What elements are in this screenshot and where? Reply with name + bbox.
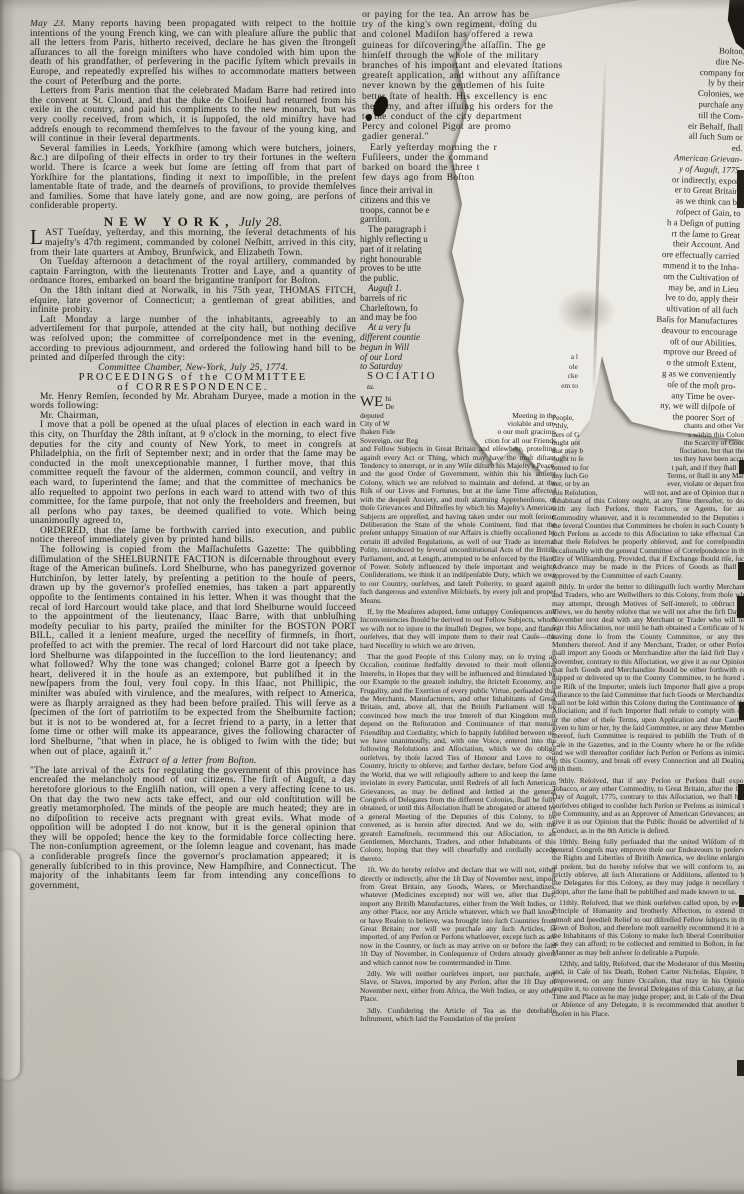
association-paragraph: 9thly. Reſolved, that if any Perſon or P… bbox=[552, 777, 744, 835]
association-paragraph: 8thly. In order the better to diſtinguiſ… bbox=[552, 583, 744, 774]
edge-mark bbox=[738, 784, 744, 800]
torn-line: 7thly,chants and other Ven- bbox=[552, 422, 744, 430]
association-paragraph: 3dly. Conſidering the Article of Tea as … bbox=[360, 1007, 556, 1024]
fragment-line: ſince their arrival in bbox=[360, 186, 510, 196]
association-paragraph: 1ſt. We do hereby reſolve and declare th… bbox=[360, 866, 556, 967]
fragment-line: guineas for diſcovering the aſſaſſin. Th… bbox=[362, 41, 618, 51]
torn-line: ner, or by anever, violate or depart fro… bbox=[552, 480, 744, 488]
torn-line: ders of Gs within this Colony bbox=[552, 431, 744, 439]
news-paragraph: I move that a poll be opened at the uſua… bbox=[30, 421, 356, 527]
news-paragraph: Letters from Paris mention that the cele… bbox=[30, 87, 356, 145]
fragment-line: to Saturday bbox=[360, 362, 510, 372]
fragment-line: ole bbox=[540, 362, 578, 372]
news-paragraph: May 23. Many reports having been propaga… bbox=[30, 20, 356, 87]
edge-mark bbox=[738, 562, 744, 580]
news-paragraph: Mr. Henry Remſen, ſeconded by Mr. Abraha… bbox=[30, 393, 356, 412]
edge-mark bbox=[737, 1060, 744, 1076]
association-paragraph: Inhabitant of this Colony ought, at any … bbox=[552, 497, 744, 580]
fragment-line: citizens and this ve bbox=[360, 196, 510, 206]
torn-line: hi bbox=[385, 395, 556, 403]
fragment-line: At a very fu bbox=[360, 323, 510, 333]
association-heading: SOCIATIO bbox=[360, 372, 556, 380]
news-paragraph: LAST Tueſday, yeſterday, and this mornin… bbox=[30, 229, 356, 258]
torn-line: ſhaken Fideo our moſt gracious bbox=[360, 428, 556, 436]
fragment-line: Percy and colonel Pigot are promo bbox=[362, 122, 618, 132]
fragment-line: Charleſtown, fo bbox=[360, 304, 510, 314]
fragment-line: a l bbox=[540, 352, 578, 362]
fragment-line: cke bbox=[540, 371, 578, 381]
fragment-line: branches of his important and elevated ſ… bbox=[362, 61, 618, 71]
fragment-line: garriſon. bbox=[360, 215, 510, 225]
fragment-line: em to bbox=[540, 381, 578, 391]
fragment-line: try of the king's own regiment, doing du bbox=[362, 20, 618, 30]
association-paragraph: If, by the Meaſures adopted, ſome unhapp… bbox=[360, 608, 556, 650]
underpage-strip: Boſton,dire Ne-company forly by theirCol… bbox=[581, 42, 744, 424]
newspaper-page-scan: May 23. Many reports having been propaga… bbox=[0, 0, 744, 1194]
torn-line: City of Wviolable and un- bbox=[360, 420, 556, 428]
edge-mark bbox=[739, 702, 744, 720]
news-paragraph: "The late arrival of the acts for regula… bbox=[30, 767, 356, 892]
fragment-line: proves to be utte bbox=[360, 264, 510, 274]
news-paragraph: The following is copied from the Maſſach… bbox=[30, 546, 356, 757]
edge-mark bbox=[739, 460, 744, 474]
fragment-line: of our Lord bbox=[360, 353, 510, 363]
fragment-line: highly reflecting u bbox=[360, 235, 510, 245]
fragment-line: right honourable bbox=[360, 255, 510, 265]
fragment-line: better ſtate of health. His excellency i… bbox=[362, 92, 618, 102]
edge-mark bbox=[737, 170, 744, 208]
news-paragraph: On Tueſday afternoon a detachment of the… bbox=[30, 258, 356, 287]
torn-line: deputedMeeting in the bbox=[360, 412, 556, 420]
fragment-line: barked on board the three t bbox=[362, 163, 618, 173]
right-column: People, 7thly,chants and other Ven-ders … bbox=[552, 414, 744, 1156]
torn-line: that may bſſociation, but that they bbox=[552, 447, 744, 455]
news-paragraph: On the 18th inſtant died at Norwalk, in … bbox=[30, 287, 356, 316]
edge-mark bbox=[737, 596, 744, 618]
torn-line: tomed to fort paſt, and if they ſhall ſe… bbox=[552, 464, 744, 472]
dateline-city: NEW YORK, bbox=[104, 214, 235, 229]
torn-line: ought notthe Scarcity of Goods bbox=[552, 439, 744, 447]
fragment-line: Auguſt 1. bbox=[360, 284, 510, 294]
association-paragraph: 11thly. Reſolved, that we think ourſelve… bbox=[552, 899, 744, 957]
fragment-line: Early yeſterday morning the r bbox=[362, 143, 618, 153]
association-paragraph: 12thly, and laſtly, Reſolved, that the M… bbox=[552, 960, 744, 1018]
fragment-line: to the conduct of the city department bbox=[362, 112, 618, 122]
fragment-line: himſelf through the whole of the militar… bbox=[362, 51, 618, 61]
column-two-mid-fragments: ſince their arrival incitizens and this … bbox=[360, 186, 510, 372]
fragment-line: the public. bbox=[360, 274, 510, 284]
column-three-upper-fragments: a loleckeem to bbox=[540, 352, 578, 390]
torn-line: De bbox=[385, 403, 556, 411]
left-column: May 23. Many reports having been propaga… bbox=[30, 20, 356, 1118]
fragment-line: or paying for the tea. An arrow has be bbox=[362, 10, 618, 20]
fragment-line: The paragraph i bbox=[360, 225, 510, 235]
news-paragraph: Laſt Monday a large number of the inhabi… bbox=[30, 316, 356, 364]
fragment-line: the army, and after iſſuing his orders f… bbox=[362, 102, 618, 112]
fragment-line: and may be foo bbox=[360, 313, 510, 323]
fragment-line: barrels of ric bbox=[360, 294, 510, 304]
fragment-line: troops, cannot be e bbox=[360, 206, 510, 216]
drop-cap: WE bbox=[360, 395, 385, 410]
dateline-heading: NEW YORK, July 28. bbox=[30, 217, 356, 227]
news-paragraph: Several families in Leeds, Yorkſhire (am… bbox=[30, 145, 356, 212]
drop-cap: L bbox=[30, 229, 45, 246]
association-paragraph: and Fellow Subjects in Great Britain and… bbox=[360, 445, 556, 605]
column-two-top-fragments: or paying for the tea. An arrow has betr… bbox=[362, 10, 618, 183]
fragment-line: gadier general." bbox=[362, 132, 618, 142]
fragment-line: never known by the gentlemen of his ſuit… bbox=[362, 81, 618, 91]
association-paragraph: 10thly. Being fully perſuaded that the u… bbox=[552, 838, 744, 896]
association-column: SOCIATIO ta. WE hiDedeputedMeeting in th… bbox=[360, 372, 556, 1114]
association-paragraph: That the good People of this Colony may,… bbox=[360, 653, 556, 863]
torn-line: any ſuch GoTerms, or ſhall in any Man- bbox=[552, 472, 744, 480]
fragment-line: begun in Will bbox=[360, 343, 510, 353]
association-heading-fragment: ta. bbox=[360, 383, 556, 391]
fragment-line: Fuſileers, under the command bbox=[362, 153, 618, 163]
fragment-line: part of it relating bbox=[360, 245, 510, 255]
association-paragraph: 2dly. We will neither ourſelves import, … bbox=[360, 970, 556, 1004]
news-paragraph: ORDERED, that the ſame be forthwith carr… bbox=[30, 527, 356, 546]
fragment-line: few days ago from Boſton bbox=[362, 173, 618, 183]
association-preamble-torn: WE hiDedeputedMeeting in theCity of Wvio… bbox=[360, 395, 556, 445]
fragment-line: different countie bbox=[360, 333, 510, 343]
dateline-date: July 28. bbox=[239, 214, 282, 229]
fragment-line: greateſt application, and without any aſ… bbox=[362, 71, 618, 81]
fragment-line: and colonel Madiſon has offered a rewa bbox=[362, 30, 618, 40]
torn-line: ought to ſetes they have been accuſ- bbox=[552, 455, 744, 463]
edge-mark bbox=[739, 895, 744, 907]
